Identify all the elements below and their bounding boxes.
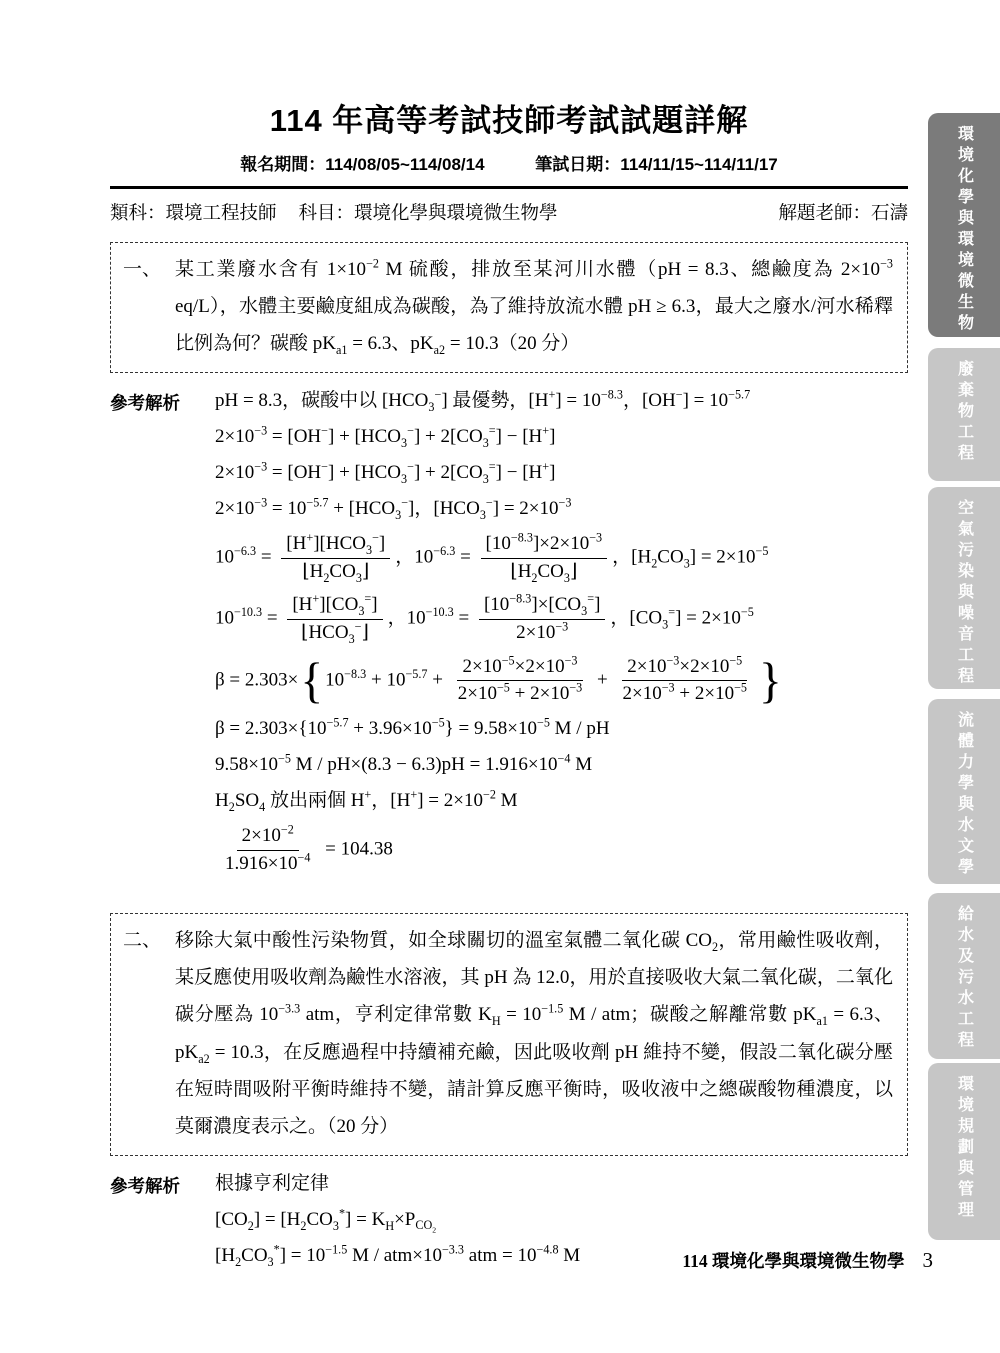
analysis-label: 參考解析: [110, 388, 215, 886]
fraction: [10−8.3]×[CO3=]2×10−3: [479, 593, 605, 645]
solution-line: [CO2] = [H2CO3*] = KH×PCO2: [215, 1207, 908, 1234]
solution-line: 2×10−3 = 10−5.7 + [HCO3−]，[HCO3−] = 2×10…: [215, 496, 908, 523]
solution-line: 2×10−21.916×10−4 = 104.38: [215, 824, 908, 876]
sidebar-tab-3: 空氣污染與噪音工程: [928, 487, 1000, 689]
meta-row: 類科：環境工程技師 科目：環境化學與環境微生物學 解題老師：石濤: [110, 199, 908, 225]
fraction: [H+][CO3=]⌊HCO3−⌋: [287, 593, 382, 645]
solution-section-1: 參考解析 pH = 8.3，碳酸中以 [HCO3−] 最優勢，[H+] = 10…: [110, 388, 908, 886]
fraction: 2×10−5×2×10−32×10−5 + 2×10−3: [453, 655, 588, 707]
page-footer: 114 環境化學與環境微生物學 3: [682, 1248, 933, 1273]
question-box-2: 二、 移除大氣中酸性污染物質，如全球關切的溫室氣體二氧化碳 CO2，常用鹼性吸收…: [110, 913, 908, 1155]
solution-line: 9.58×10−5 M / pH×(8.3 − 6.3)pH = 1.916×1…: [215, 752, 908, 779]
category-label: 類科：環境工程技師: [110, 199, 277, 225]
fraction: [H+][HCO3−]⌊H2CO3⌋: [281, 532, 390, 584]
page-title: 114 年高等考試技師考試試題詳解: [110, 0, 908, 141]
solution-lines: pH = 8.3，碳酸中以 [HCO3−] 最優勢，[H+] = 10−8.3，…: [215, 388, 908, 886]
sidebar-tab-1: 環境化學與環境微生物: [928, 113, 1000, 337]
subject-label: 科目：環境化學與環境微生物學: [299, 199, 558, 225]
fraction: 2×10−3×2×10−52×10−3 + 2×10−5: [617, 655, 752, 707]
solution-line: β = 2.303×{10−5.7 + 3.96×10−5} = 9.58×10…: [215, 716, 908, 743]
solution-line: 10−10.3 = [H+][CO3=]⌊HCO3−⌋，10−10.3 = [1…: [215, 593, 908, 645]
solution-line: pH = 8.3，碳酸中以 [HCO3−] 最優勢，[H+] = 10−8.3，…: [215, 388, 908, 415]
solution-line: 2×10−3 = [OH−] + [HCO3−] + 2[CO3=] − [H+…: [215, 424, 908, 451]
sidebar-tab-5: 給水及污水工程: [928, 893, 1000, 1059]
fraction: 2×10−21.916×10−4: [220, 824, 315, 876]
sidebar-tab-2: 廢棄物工程: [928, 348, 1000, 481]
solution-line: β = 2.303×{10−8.3 + 10−5.7 + 2×10−5×2×10…: [215, 655, 908, 707]
registration-period: 報名期間：114/08/05~114/08/14: [240, 155, 484, 174]
exam-solution-page: 114 年高等考試技師考試試題詳解 報名期間：114/08/05~114/08/…: [0, 0, 1000, 1353]
footer-book-title: 114 環境化學與環境微生物學: [682, 1248, 904, 1273]
sidebar-tab-4: 流體力學與水文學: [928, 699, 1000, 884]
question-text: 移除大氣中酸性污染物質，如全球關切的溫室氣體二氧化碳 CO2，常用鹼性吸收劑，某…: [175, 922, 893, 1144]
analysis-label: 參考解析: [110, 1171, 215, 1279]
sidebar-tab-6: 環境規劃與管理: [928, 1063, 1000, 1240]
question-number: 二、: [123, 922, 175, 1144]
question-text: 某工業廢水含有 1×10−2 M 硫酸，排放至某河川水體（pH = 8.3、總鹼…: [175, 251, 893, 362]
solution-line: 根據亨利定律: [215, 1171, 908, 1198]
page-number: 3: [923, 1248, 934, 1273]
written-exam-date: 筆試日期：114/11/15~114/11/17: [535, 155, 777, 174]
solution-line: 10−6.3 = [H+][HCO3−]⌊H2CO3⌋，10−6.3 = [10…: [215, 532, 908, 584]
instructor-label: 解題老師：石濤: [778, 199, 908, 225]
solution-line: 2×10−3 = [OH−] + [HCO3−] + 2[CO3=] − [H+…: [215, 460, 908, 487]
solution-line: H2SO4 放出兩個 H+，[H+] = 2×10−2 M: [215, 788, 908, 815]
sidebar: 環境化學與環境微生物廢棄物工程空氣污染與噪音工程流體力學與水文學給水及污水工程環…: [928, 0, 1000, 1353]
question-number: 一、: [123, 251, 175, 362]
exam-dates-row: 報名期間：114/08/05~114/08/14 筆試日期：114/11/15~…: [110, 150, 908, 175]
content-column: 114 年高等考試技師考試試題詳解 報名期間：114/08/05~114/08/…: [110, 0, 908, 1279]
divider-rule: [110, 186, 908, 189]
fraction: [10−8.3]×2×10−3⌊H2CO3⌋: [481, 532, 608, 584]
question-box-1: 一、 某工業廢水含有 1×10−2 M 硫酸，排放至某河川水體（pH = 8.3…: [110, 242, 908, 373]
